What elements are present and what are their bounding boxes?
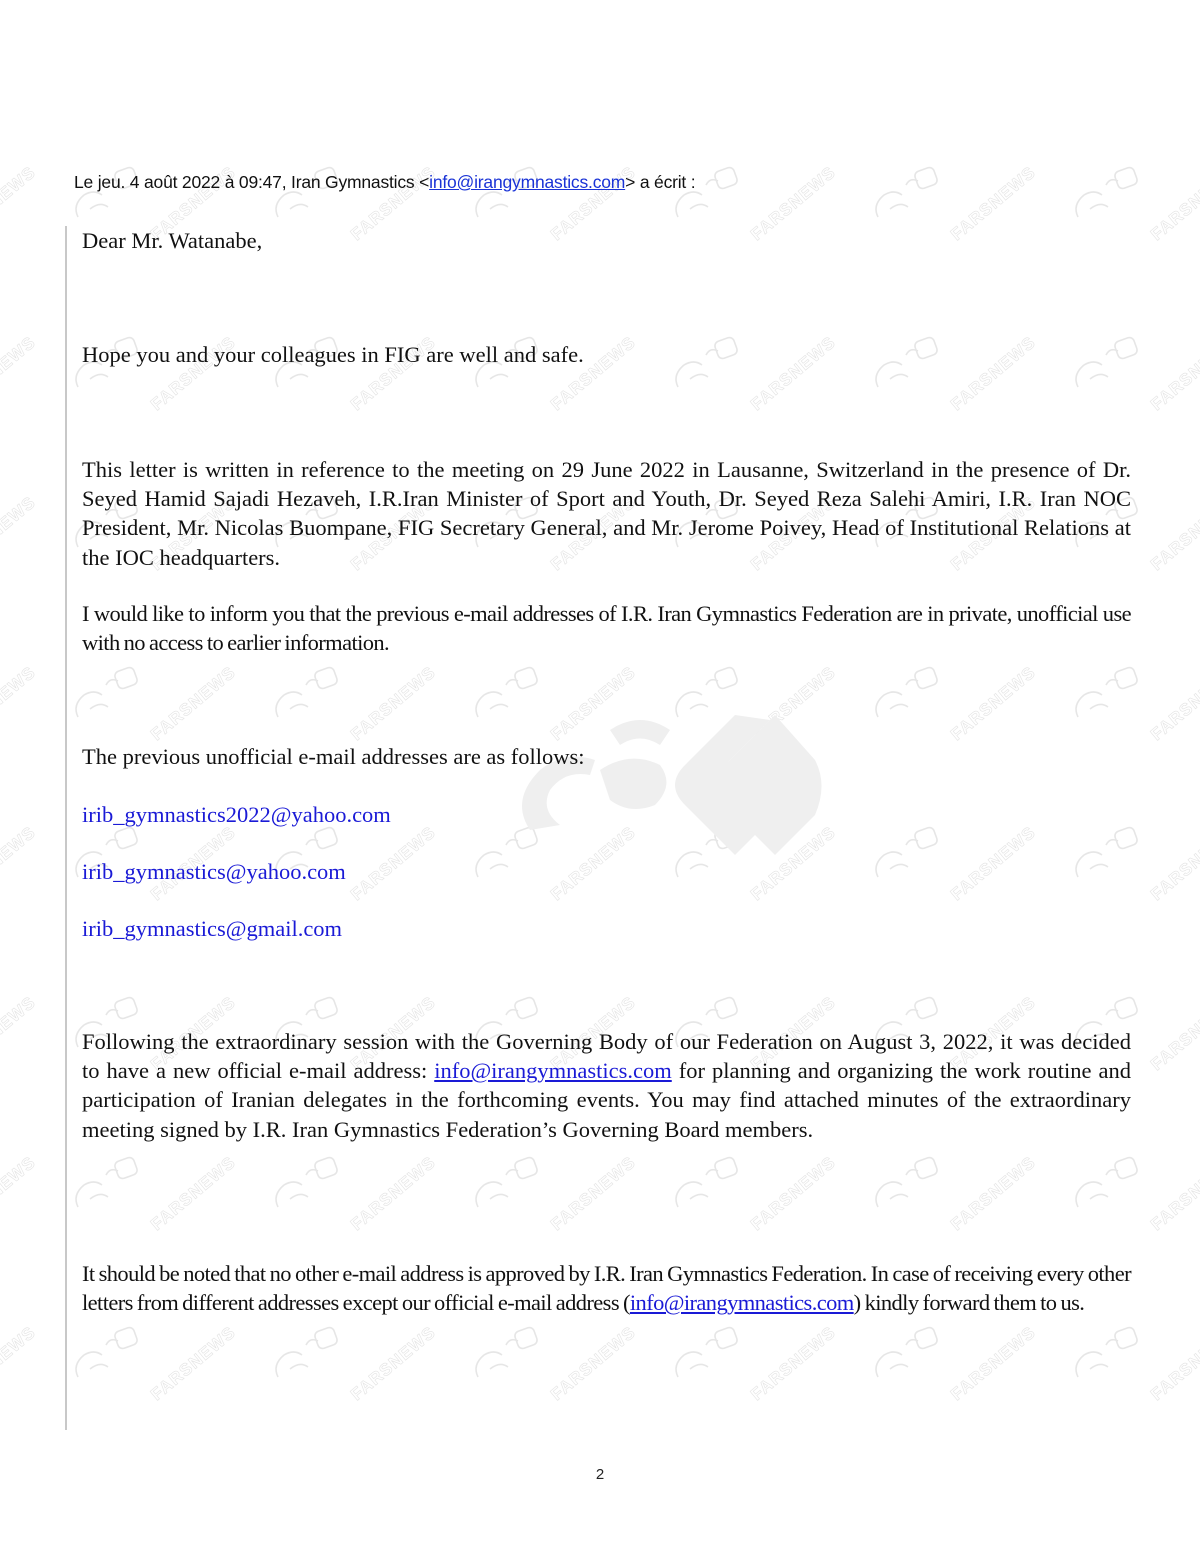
watermark-logo-icon	[870, 165, 940, 225]
watermark-logo-icon	[270, 665, 340, 725]
watermark-logo-icon	[270, 1155, 340, 1215]
header-wrote-label: > a écrit :	[625, 172, 695, 192]
watermark-logo-icon	[1070, 165, 1140, 225]
note-text-after: ) kindly forward them to us.	[854, 1290, 1085, 1315]
previous-email-2: irib_gymnastics@yahoo.com	[82, 857, 1131, 886]
watermark-logo-icon	[870, 1155, 940, 1215]
paragraph-note: It should be noted that no other e-mail …	[82, 1259, 1131, 1317]
watermark-logo-icon	[470, 1325, 540, 1385]
paragraph-inform: I would like to inform you that the prev…	[82, 599, 1131, 657]
watermark-text: FARSNEWS	[0, 993, 40, 1075]
farsnews-logo-watermark	[470, 690, 840, 860]
paragraph-reference: This letter is written in reference to t…	[82, 455, 1131, 572]
watermark-text: FARSNEWS	[747, 1153, 840, 1235]
watermark-text: FARSNEWS	[0, 1153, 40, 1235]
watermark-logo-icon	[70, 665, 140, 725]
watermark-logo-icon	[870, 665, 940, 725]
greeting: Hope you and your colleagues in FIG are …	[82, 340, 1131, 369]
watermark-logo-icon	[470, 1155, 540, 1215]
watermark-text: FARSNEWS	[0, 493, 40, 575]
watermark-text: FARSNEWS	[947, 1323, 1040, 1405]
watermark-text: FARSNEWS	[347, 1323, 440, 1405]
watermark-text: FARSNEWS	[0, 333, 40, 415]
previous-emails-intro: The previous unofficial e-mail addresses…	[82, 742, 1131, 771]
watermark-text: FARSNEWS	[547, 1153, 640, 1235]
watermark-logo-icon	[1070, 665, 1140, 725]
watermark-logo-icon	[1070, 1155, 1140, 1215]
watermark-text: FARSNEWS	[1147, 493, 1200, 575]
watermark-text: FARSNEWS	[1147, 663, 1200, 745]
email-quote-header: Le jeu. 4 août 2022 à 09:47, Iran Gymnas…	[74, 172, 695, 193]
watermark-text: FARSNEWS	[547, 1323, 640, 1405]
quote-bar	[65, 226, 67, 1430]
watermark-text: FARSNEWS	[347, 1153, 440, 1235]
watermark-text: FARSNEWS	[0, 823, 40, 905]
watermark-text: FARSNEWS	[747, 1323, 840, 1405]
page-number: 2	[0, 1466, 1200, 1483]
watermark-text: FARSNEWS	[147, 663, 240, 745]
watermark-logo-icon	[270, 1325, 340, 1385]
watermark-logo-icon	[1070, 1325, 1140, 1385]
paragraph-session: Following the extraordinary session with…	[82, 1027, 1131, 1144]
watermark-text: FARSNEWS	[347, 663, 440, 745]
watermark-text: FARSNEWS	[1147, 823, 1200, 905]
watermark-logo-icon	[670, 1155, 740, 1215]
watermark-logo-icon	[70, 1155, 140, 1215]
watermark-text: FARSNEWS	[147, 1153, 240, 1235]
salutation: Dear Mr. Watanabe,	[82, 226, 1131, 255]
watermark-logo-icon	[670, 1325, 740, 1385]
previous-email-3: irib_gymnastics@gmail.com	[82, 914, 1131, 943]
watermark-text: FARSNEWS	[0, 663, 40, 745]
watermark-text: FARSNEWS	[1147, 1153, 1200, 1235]
watermark-text: FARSNEWS	[0, 163, 40, 245]
watermark-text: FARSNEWS	[1147, 993, 1200, 1075]
watermark-text: FARSNEWS	[147, 1323, 240, 1405]
watermark-text: FARSNEWS	[1147, 1323, 1200, 1405]
previous-email-1: irib_gymnastics2022@yahoo.com	[82, 800, 1131, 829]
official-email-link-note[interactable]: info@irangymnastics.com	[630, 1290, 854, 1315]
official-email-link[interactable]: info@irangymnastics.com	[434, 1058, 672, 1083]
watermark-text: FARSNEWS	[1147, 163, 1200, 245]
sender-email-link[interactable]: info@irangymnastics.com	[429, 172, 625, 192]
watermark-text: FARSNEWS	[947, 1153, 1040, 1235]
header-date-sender: Le jeu. 4 août 2022 à 09:47, Iran Gymnas…	[74, 172, 429, 192]
watermark-text: FARSNEWS	[947, 663, 1040, 745]
watermark-logo-icon	[70, 1325, 140, 1385]
watermark-text: FARSNEWS	[0, 1323, 40, 1405]
watermark-text: FARSNEWS	[1147, 333, 1200, 415]
watermark-logo-icon	[870, 1325, 940, 1385]
